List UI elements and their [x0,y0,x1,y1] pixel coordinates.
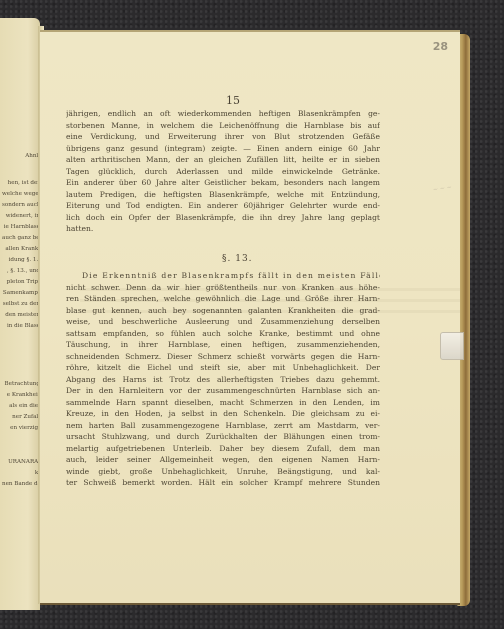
left-page-line: auch ganz be- [2,233,40,244]
left-page-line: in die Blase [2,321,40,332]
left-page-line: , §. 13., und [2,266,40,277]
text-line: übrigens ganz gesund (integram) zeigte. … [66,143,380,155]
left-page-line: en vierzig- [2,423,40,434]
left-page-line: Betrachtung [2,379,40,390]
text-line: Abgang des Harns ist Trotz des allerheft… [66,374,380,386]
text-line: auch, leider seiner Allgemeinheit wegen,… [66,454,380,466]
text-line: nem harten Ball zusammengezogene Harnbla… [66,420,380,432]
text-line: melartig aufgetriebenen Unterleib. Daher… [66,443,380,455]
text-line: blase gut kennen, auch bey sogenannten g… [66,305,380,317]
text-line: röhre, kitzelt die Eichel und steift sie… [66,362,380,374]
text-line: Eiterung und Tod endigten. Ein anderer 6… [66,200,380,212]
left-page-line: allen Krank- [2,244,40,255]
left-page-line: selbst zu den [2,299,40,310]
left-page-line: sondern auch, [2,200,40,211]
left-page-line: ner Zufall [2,412,40,423]
text-line: hatten. [66,223,380,235]
text-line: lich doch ein Opfer der Blasenkrämpfe, d… [66,212,380,224]
text-line: Täuschung, in ihrer Harnblase, einen hef… [66,339,380,351]
text-line: sattsam empfanden, so fühlen auch solche… [66,328,380,340]
left-page-line: pleton Trip- [2,277,40,288]
text-line: alten arthritischen Mann, der an gleiche… [66,154,380,166]
left-page-line: URANARA, [2,457,40,468]
text-line: ursacht Stuhlzwang, und durch Zurückhalt… [66,431,380,443]
left-facing-page: Ahnl. hen, ist der welche wegen sondern … [0,18,40,610]
section-heading: §. 13. [222,254,253,264]
left-page-line: welche wegen [2,189,40,200]
paragraph-1: jährigen, endlich an oft wiederkommenden… [66,108,380,235]
text-line: jährigen, endlich an oft wiederkommenden… [66,108,380,120]
text-line: nicht schwer. Denn da wir hier größtenth… [66,282,380,294]
left-page-line: als ein die- [2,401,40,412]
left-page-line: den meisten [2,310,40,321]
left-page-line: e Krankheit [2,390,40,401]
text-line: Kreuze, in den Hoden, ja selbst in den S… [66,408,380,420]
text-line: Tagen glücklich, durch Aderlassen und mi… [66,166,380,178]
text-line: winde giebt, große Unbehaglichkeit, Unru… [66,466,380,478]
left-page-line: widenert, in [2,211,40,222]
text-line: Ein anderer über 60 Jahre alter Geistlic… [66,177,380,189]
left-page-line: k. [2,468,40,479]
text-line: Die Erkenntniß der Blasenkrampfs fällt i… [66,270,380,282]
text-line: lautem Predigen, die heftigsten Blasenkr… [66,189,380,201]
paragraph-2: Die Erkenntniß der Blasenkrampfs fällt i… [66,270,380,489]
left-page-line: hen, ist der [2,178,40,189]
text-line: weise, und beschwerliche Ausleerung und … [66,316,380,328]
page-number: 15 [226,94,240,107]
text-line: ter Schweiß bemerkt worden. Hält ein sol… [66,477,380,489]
left-page-line: nen Bande der [2,479,40,490]
page-clip [440,332,464,360]
folio-annotation: 28 [433,40,448,53]
text-line: Der in den Harnleitern vor der zusammeng… [66,385,380,397]
faded-pencil-note: ~ ~ ~ [433,178,498,226]
text-line: eine Verdickung, und Erweiterung ihrer v… [66,131,380,143]
left-page-line: Ahnl. [2,151,40,162]
text-line: storbenen Manne, in welchem die Leichenö… [66,120,380,132]
text-line: sammelnde Harn spannt dieselben, macht S… [66,397,380,409]
text-line: schneidenden Schmerz. Dieser Schmerz sch… [66,351,380,363]
left-page-line: Samenkampf [2,288,40,299]
left-page-line: ie Harnblase [2,222,40,233]
left-page-line: idung §. 1., [2,255,40,266]
text-line: ren Ständen sprechen, welche gewöhnlich … [66,293,380,305]
